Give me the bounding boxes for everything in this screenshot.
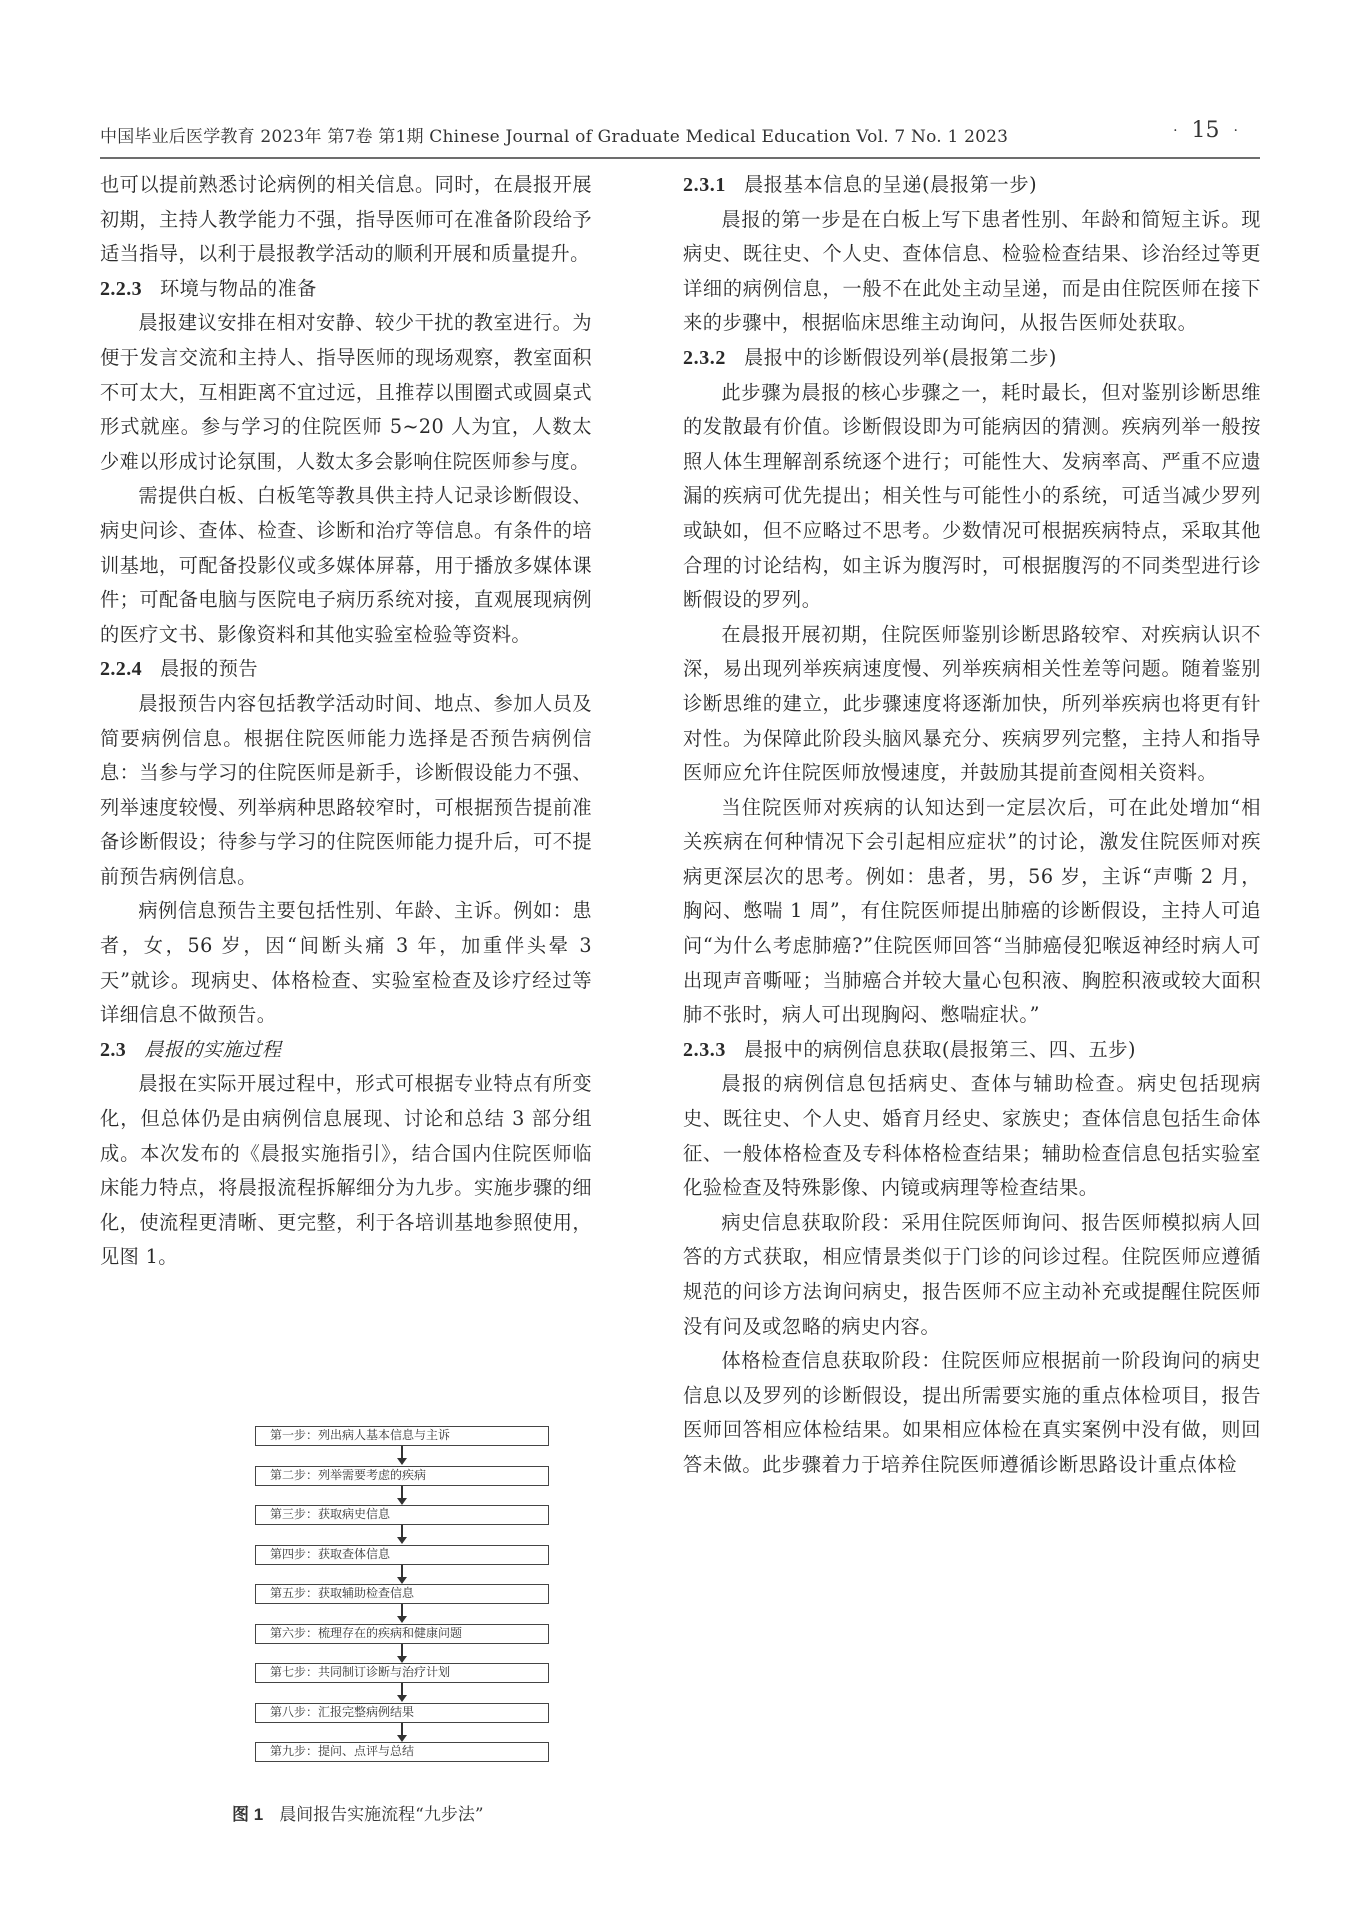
arrow-down-icon [255, 1604, 549, 1624]
paragraph: 晨报的病例信息包括病史、查体与辅助检查。病史包括现病史、既往史、个人史、婚育月经… [683, 1067, 1261, 1205]
dot-right: · [1234, 123, 1238, 139]
section-heading-2-3-3: 2.3.3晨报中的病例信息获取(晨报第三、四、五步) [683, 1033, 1261, 1068]
section-heading-2-3: 2.3晨报的实施过程 [100, 1033, 592, 1068]
flow-step-9: 第九步：提问、点评与总结 [255, 1742, 549, 1762]
arrow-down-icon [255, 1525, 549, 1545]
paragraph: 当住院医师对疾病的认知达到一定层次后，可在此处增加“相关疾病在何种情况下会引起相… [683, 791, 1261, 1033]
flow-step-4: 第四步：获取查体信息 [255, 1545, 549, 1565]
arrow-down-icon [255, 1565, 549, 1585]
figure-caption: 图 1晨间报告实施流程“九步法” [232, 1800, 484, 1825]
section-title: 晨报的预告 [160, 657, 258, 680]
paragraph: 病例信息预告主要包括性别、年龄、主诉。例如：患者，女，56 岁，因“间断头痛 3… [100, 894, 592, 1032]
paragraph: 体格检查信息获取阶段：住院医师应根据前一阶段询问的病史信息以及罗列的诊断假设，提… [683, 1344, 1261, 1482]
running-header: 中国毕业后医学教育 2023年 第7卷 第1期 Chinese Journal … [100, 118, 1260, 148]
paragraph: 晨报的第一步是在白板上写下患者性别、年龄和简短主诉。现病史、既往史、个人史、查体… [683, 203, 1261, 341]
section-number: 2.3 [100, 1039, 126, 1061]
header-rule [100, 157, 1260, 159]
page-number-value: 15 [1192, 118, 1220, 143]
flowchart-figure: 第一步：列出病人基本信息与主诉 第二步：列举需要考虑的疾病 第三步：获取病史信息… [255, 1426, 549, 1762]
dot-left: · [1173, 123, 1177, 139]
right-column: 2.3.1晨报基本信息的呈递(晨报第一步) 晨报的第一步是在白板上写下患者性别、… [683, 168, 1261, 1483]
flow-step-8: 第八步：汇报完整病例结果 [255, 1703, 549, 1723]
figure-label: 图 1 [232, 1805, 263, 1824]
journal-citation: 中国毕业后医学教育 2023年 第7卷 第1期 Chinese Journal … [100, 122, 1008, 147]
paragraph: 晨报在实际开展过程中，形式可根据专业特点有所变化，但总体仍是由病例信息展现、讨论… [100, 1067, 592, 1275]
flow-step-2: 第二步：列举需要考虑的疾病 [255, 1466, 549, 1486]
flow-step-5: 第五步：获取辅助检查信息 [255, 1584, 549, 1604]
flow-step-1: 第一步：列出病人基本信息与主诉 [255, 1426, 549, 1446]
section-number: 2.3.1 [683, 174, 726, 196]
paragraph: 也可以提前熟悉讨论病例的相关信息。同时，在晨报开展初期，主持人教学能力不强，指导… [100, 168, 592, 272]
paragraph: 晨报建议安排在相对安静、较少干扰的教室进行。为便于发言交流和主持人、指导医师的现… [100, 306, 592, 479]
arrow-down-icon [255, 1446, 549, 1466]
paragraph: 在晨报开展初期，住院医师鉴别诊断思路较窄、对疾病认识不深，易出现列举疾病速度慢、… [683, 618, 1261, 791]
section-title: 晨报中的病例信息获取(晨报第三、四、五步) [744, 1038, 1136, 1061]
section-number: 2.2.4 [100, 658, 142, 680]
page-number: ·15· [1159, 118, 1252, 143]
arrow-down-icon [255, 1644, 549, 1664]
section-title: 晨报的实施过程 [144, 1038, 281, 1061]
flow-step-3: 第三步：获取病史信息 [255, 1505, 549, 1525]
figure-caption-text: 晨间报告实施流程“九步法” [279, 1805, 483, 1825]
section-number: 2.2.3 [100, 278, 142, 300]
section-title: 环境与物品的准备 [160, 277, 317, 300]
paragraph: 晨报预告内容包括教学活动时间、地点、参加人员及简要病例信息。根据住院医师能力选择… [100, 687, 592, 895]
section-number: 2.3.2 [683, 347, 726, 369]
flow-step-6: 第六步：梳理存在的疾病和健康问题 [255, 1624, 549, 1644]
arrow-down-icon [255, 1683, 549, 1703]
paragraph: 病史信息获取阶段：采用住院医师询问、报告医师模拟病人回答的方式获取，相应情景类似… [683, 1206, 1261, 1344]
section-heading-2-3-2: 2.3.2晨报中的诊断假设列举(晨报第二步) [683, 341, 1261, 376]
paragraph: 此步骤为晨报的核心步骤之一，耗时最长，但对鉴别诊断思维的发散最有价值。诊断假设即… [683, 376, 1261, 618]
section-title: 晨报基本信息的呈递(晨报第一步) [744, 173, 1037, 196]
section-heading-2-2-4: 2.2.4晨报的预告 [100, 652, 592, 687]
section-title: 晨报中的诊断假设列举(晨报第二步) [744, 346, 1057, 369]
section-heading-2-2-3: 2.2.3环境与物品的准备 [100, 272, 592, 307]
section-number: 2.3.3 [683, 1039, 726, 1061]
left-column: 也可以提前熟悉讨论病例的相关信息。同时，在晨报开展初期，主持人教学能力不强，指导… [100, 168, 592, 1275]
arrow-down-icon [255, 1723, 549, 1743]
arrow-down-icon [255, 1486, 549, 1506]
section-heading-2-3-1: 2.3.1晨报基本信息的呈递(晨报第一步) [683, 168, 1261, 203]
paragraph: 需提供白板、白板笔等教具供主持人记录诊断假设、病史问诊、查体、检查、诊断和治疗等… [100, 479, 592, 652]
flow-step-7: 第七步：共同制订诊断与治疗计划 [255, 1663, 549, 1683]
